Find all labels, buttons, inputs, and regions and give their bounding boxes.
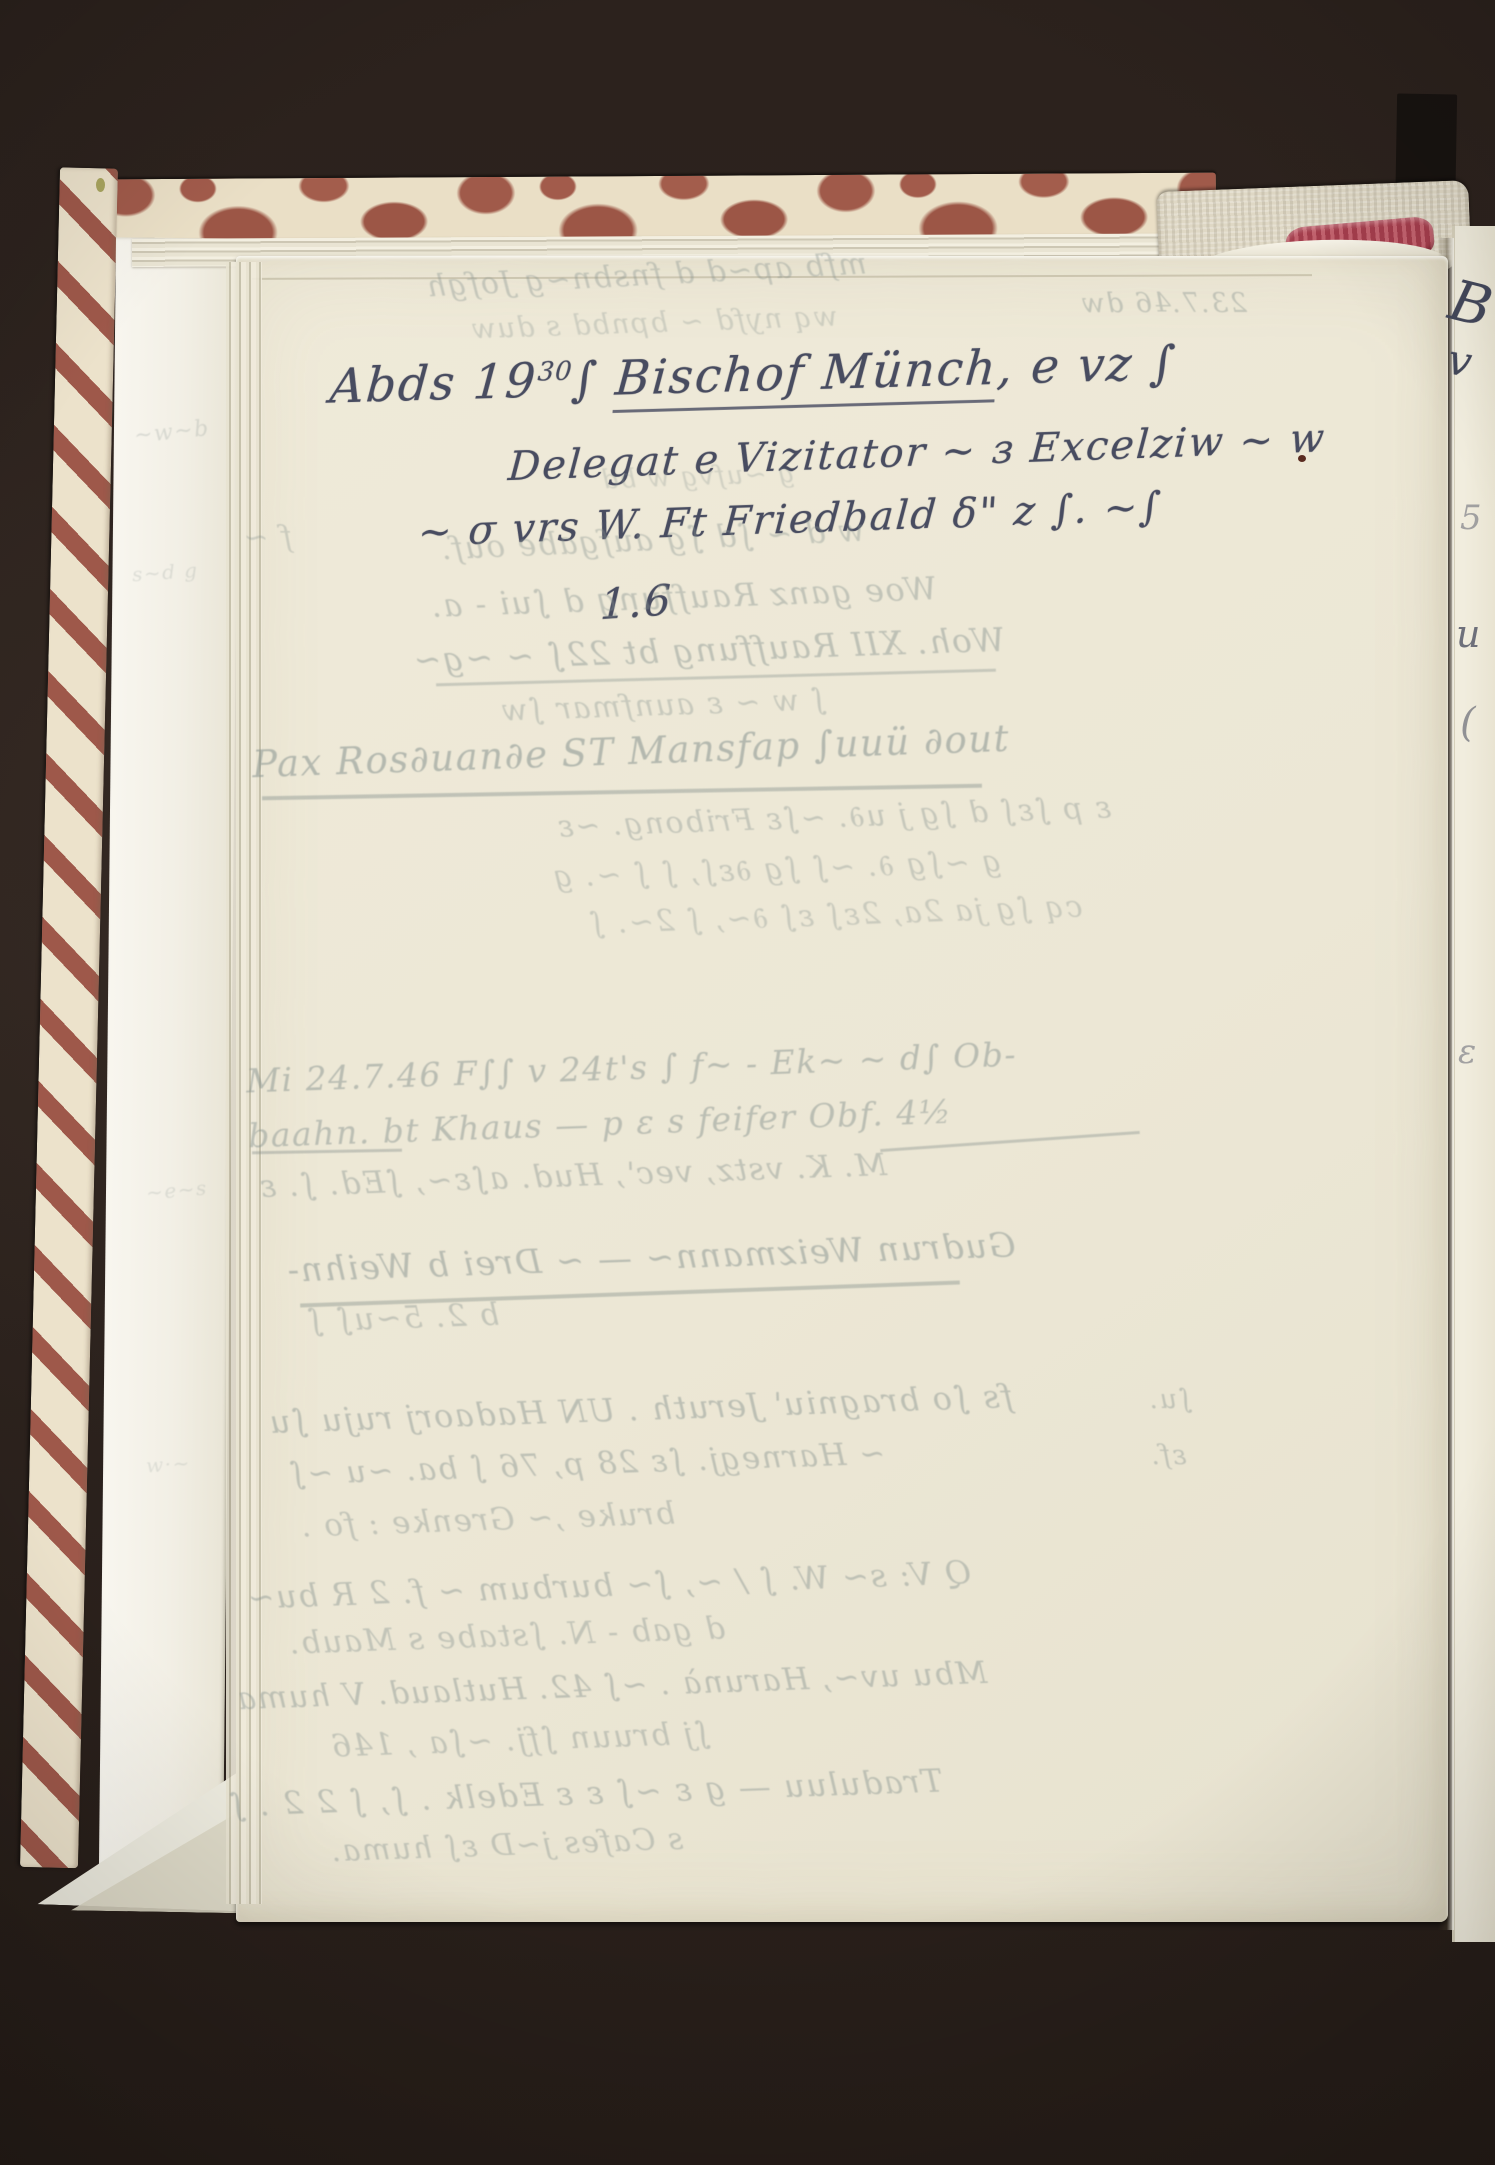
faint-handwriting-line: b 2. 5~u∫ ∫: [305, 1297, 500, 1340]
facing-page-ink-glyph: (: [1460, 700, 1476, 746]
ink-line1-flourish: ∫: [570, 352, 618, 408]
faint-handwriting-line: ∫u.: [1148, 1384, 1193, 1415]
offset-pencil-mark: w·~: [145, 1450, 191, 1477]
facing-page-sliver: [1452, 226, 1495, 1942]
facing-page-ink-glyph: 5: [1460, 498, 1482, 538]
ink-line1-time: Abds 19: [328, 354, 539, 415]
ink-line1-tail: , e vz ∫: [995, 336, 1179, 396]
ink-line1-superscript: 30: [537, 356, 574, 387]
faint-handwriting-line: 23.7.46 dw: [1080, 288, 1247, 319]
book-cover-top-edge-pattern: [86, 173, 1216, 242]
ink-line1-underlined-name: Bischof Münch: [613, 341, 1000, 413]
facing-page-ink-glyph: ε: [1458, 1032, 1476, 1072]
ink-speck: [1298, 455, 1306, 462]
facing-page-ink-glyph: u: [1456, 612, 1480, 656]
faint-handwriting-line: f ~: [242, 520, 292, 555]
photo-of-open-notebook: { "scene": { "background_color": "#2b211…: [0, 0, 1495, 2165]
cover-paper-speck: [96, 178, 105, 192]
offset-pencil-mark: s~d g: [131, 558, 199, 587]
faint-handwriting-line: εf.: [1150, 1440, 1187, 1471]
page-stack-left-fore-edges: [99, 237, 240, 1902]
